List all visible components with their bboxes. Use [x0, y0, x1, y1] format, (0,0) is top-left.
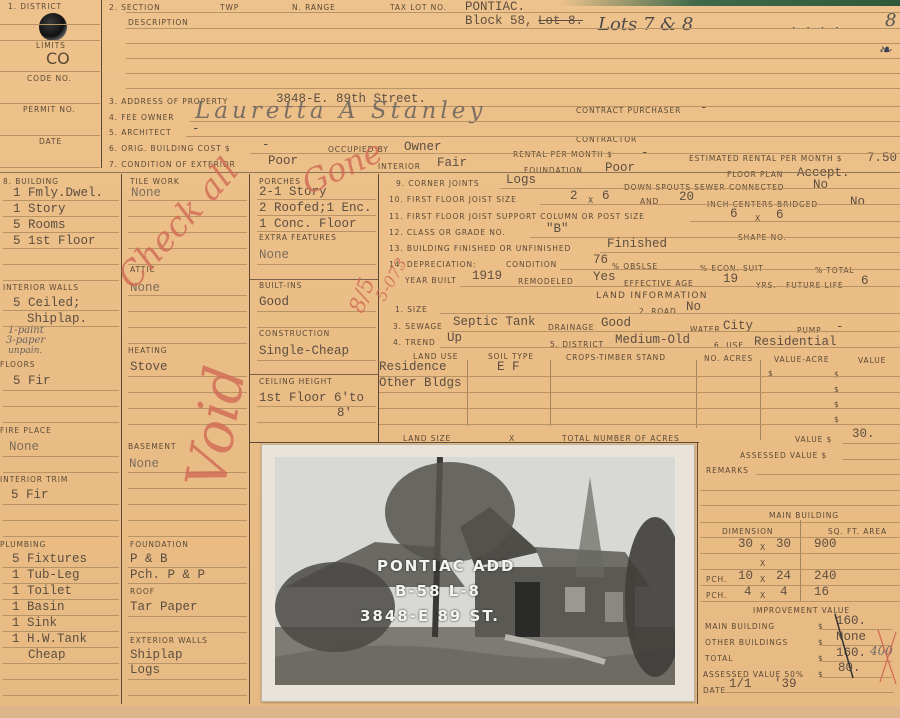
col-no-acres: NO. ACRES	[704, 354, 753, 363]
rule	[3, 536, 119, 537]
main-building-label: MAIN BUILDING	[705, 622, 775, 631]
date-label: DATE	[703, 686, 726, 695]
floors-value: 5 Fir	[13, 374, 51, 388]
rule	[0, 103, 100, 104]
section-label: 2. SECTION	[109, 3, 161, 12]
plumbing-line: Cheap	[28, 648, 66, 662]
red-annotation-gone: Gone	[296, 132, 389, 202]
rule	[3, 567, 119, 568]
interior-walls-note: unpain.	[8, 346, 42, 356]
rule	[379, 392, 900, 393]
rule	[3, 326, 119, 327]
fireplace-label: FIRE PLACE	[0, 426, 52, 435]
plumbing-line: 1 Sink	[12, 616, 57, 630]
dim-b: 24	[776, 569, 791, 583]
rule	[186, 136, 900, 137]
rule	[190, 121, 900, 122]
rule	[257, 360, 376, 361]
rule	[450, 331, 900, 332]
built-ins-label: BUILT-INS	[259, 281, 302, 290]
rule	[3, 200, 119, 201]
plumbing-line: 5 Fixtures	[12, 552, 87, 566]
pch-label: PCH.	[706, 575, 727, 584]
divider	[550, 360, 551, 426]
rule	[700, 505, 900, 506]
date-label: DATE	[39, 137, 62, 146]
road-label: 2. ROAD	[639, 307, 677, 316]
basement-label: BASEMENT	[128, 442, 176, 451]
rule	[128, 663, 247, 664]
corner-joints-value: Logs	[506, 173, 536, 187]
contractor-value: -	[648, 130, 656, 144]
rule	[379, 376, 900, 377]
rule	[700, 537, 900, 538]
use-label: 6. USE	[714, 341, 744, 350]
rule	[756, 474, 900, 475]
property-photo: PONTIAC ADD B-58 L-8 3848-E 89 ST.	[261, 444, 695, 702]
built-ins-value: Good	[259, 295, 289, 309]
rule	[257, 327, 376, 328]
rule	[379, 408, 900, 409]
rule	[128, 504, 247, 505]
rule	[0, 167, 100, 168]
est-rental-label: ESTIMATED RENTAL PER MONTH $	[689, 154, 842, 163]
foundation-line: P & B	[130, 552, 168, 566]
rule	[257, 406, 376, 407]
land-size-label: LAND SIZE	[403, 434, 451, 443]
rule	[3, 647, 119, 648]
rule	[257, 264, 376, 265]
dollar-sign: $	[834, 370, 840, 379]
porches-line: 2 Roofed;1 Enc.	[259, 201, 372, 215]
x-label: x	[760, 543, 766, 552]
rule	[460, 286, 900, 287]
photo-caption-line2: B-58 L-8	[395, 582, 481, 600]
condition-exterior-value: Poor	[268, 154, 298, 168]
district-value: Medium-Old	[615, 333, 690, 347]
dim-a: 30	[738, 537, 753, 551]
ceiling-height-line: 8'	[337, 406, 352, 420]
rule	[257, 215, 376, 216]
plumbing-label: PLUMBING	[0, 540, 46, 549]
x-label: x	[760, 559, 766, 568]
class-value: "B"	[546, 222, 569, 236]
rule	[540, 204, 900, 205]
rule	[379, 424, 900, 425]
twp-label: TWP	[220, 3, 239, 12]
corner-joints-label: 9. CORNER JOINTS	[396, 179, 480, 188]
plumbing-line: 1 H.W.Tank	[12, 632, 87, 646]
plumbing-line: 1 Basin	[12, 600, 65, 614]
exterior-walls-label: EXTERIOR WALLS	[130, 636, 208, 645]
rule	[250, 374, 378, 375]
lots-handwritten: Lots 7 & 8	[598, 14, 693, 35]
land-use-cell: Other Bldgs	[379, 376, 462, 390]
rule	[128, 583, 247, 584]
land-use-cell: Residence	[379, 360, 447, 374]
joist-size-b: 6	[602, 189, 610, 203]
rule	[500, 188, 900, 189]
rule	[3, 456, 119, 457]
rule	[126, 58, 900, 59]
condition-label: CONDITION	[506, 260, 557, 269]
divider	[101, 0, 102, 168]
exterior-walls-line: Logs	[130, 663, 160, 677]
n-range-label: N. RANGE	[292, 3, 336, 12]
centers-value: 20	[679, 190, 694, 204]
rule	[3, 310, 119, 311]
fireplace-value: None	[9, 440, 39, 454]
rule	[126, 88, 900, 89]
main-building-title: MAIN BUILDING	[769, 511, 839, 520]
divider	[760, 360, 761, 440]
building-line: 5 1st Floor	[13, 234, 96, 248]
architect-value: -	[192, 122, 200, 136]
interior-walls-line: 5 Ceiled;	[13, 296, 81, 310]
appraisal-card: 1. DISTRICT LIMITS CO CODE NO. PERMIT NO…	[0, 0, 900, 718]
col-value: VALUE	[858, 356, 886, 365]
fee-owner-label: 4. FEE OWNER	[109, 113, 174, 122]
rule	[3, 504, 119, 505]
rule	[3, 615, 119, 616]
limits-value: CO	[46, 49, 70, 68]
joist-size-label: 10. FIRST FLOOR JOIST SIZE	[389, 195, 517, 204]
interior-value: Fair	[437, 156, 467, 170]
total-label: TOTAL	[705, 654, 733, 663]
rule	[3, 520, 119, 521]
building-label: 8. BUILDING	[3, 177, 59, 186]
divider	[800, 520, 801, 602]
rule	[3, 472, 119, 473]
rule	[700, 490, 900, 491]
rule	[128, 616, 247, 617]
dollar-sign: $	[834, 415, 840, 424]
assessed-value-label: ASSESSED VALUE $	[740, 451, 827, 460]
dim-b: 4	[780, 585, 788, 599]
rule	[724, 692, 894, 693]
dim-b: 30	[776, 537, 791, 551]
strike-mark	[833, 612, 857, 682]
occupied-by-value: Owner	[404, 140, 442, 154]
rule	[3, 264, 119, 265]
x-label: x	[760, 591, 766, 600]
remodeled-label: REMODELED	[518, 277, 574, 286]
rule	[700, 553, 900, 554]
sewage-value: Septic Tank	[453, 315, 536, 329]
x-label: x	[509, 434, 515, 443]
struck-lot-value: Lot 8.	[538, 14, 583, 28]
dim-a: 4	[744, 585, 752, 599]
tile-work-label: TILE WORK	[130, 177, 180, 186]
rule	[530, 237, 900, 238]
tax-lot-label: TAX LOT NO.	[390, 3, 447, 12]
rule	[3, 280, 119, 281]
rule	[128, 311, 247, 312]
photo-caption-line3: 3848-E 89 ST.	[360, 607, 500, 625]
roof-label: ROOF	[130, 587, 155, 596]
remarks-label: REMARKS	[706, 466, 749, 475]
building-line: 1 Story	[13, 202, 66, 216]
rule	[3, 422, 119, 423]
interior-walls-line: Shiplap.	[27, 312, 87, 326]
divider	[696, 360, 697, 428]
water-label: WATER	[690, 325, 721, 334]
area-value: 16	[814, 585, 829, 599]
orig-cost-label: 6. ORIG. BUILDING COST $	[109, 144, 231, 153]
rule	[126, 73, 900, 74]
rule	[128, 327, 247, 328]
divider	[697, 442, 698, 704]
effective-age-value: 19	[723, 272, 738, 286]
red-x-mark	[876, 628, 900, 688]
rule	[700, 601, 900, 602]
tile-work-value: None	[131, 186, 161, 200]
red-annotation-void: Void	[174, 361, 259, 493]
year-built-label: YEAR BUILT	[405, 276, 457, 285]
area-value: 900	[814, 537, 837, 551]
contract-purchaser-label: CONTRACT PURCHASER	[576, 106, 681, 115]
heating-value: Stove	[130, 360, 168, 374]
photo-image: PONTIAC ADD B-58 L-8 3848-E 89 ST.	[275, 457, 675, 685]
rule	[700, 569, 900, 570]
support-b: 6	[776, 208, 784, 222]
rule	[257, 231, 376, 232]
construction-value: Single-Cheap	[259, 344, 349, 358]
rental-label: RENTAL PER MONTH $	[513, 150, 613, 159]
rule	[0, 71, 100, 72]
class-label: 12. CLASS OR GRADE NO.	[389, 228, 506, 237]
extra-features-value: None	[259, 248, 289, 262]
building-line: 5 Rooms	[13, 218, 66, 232]
description-label: DESCRIPTION	[128, 18, 189, 27]
ceiling-height-label: CEILING HEIGHT	[259, 377, 333, 386]
divider	[249, 174, 250, 704]
down-spouts-value: No	[813, 178, 828, 192]
finished-value: Finished	[607, 237, 667, 251]
photo-caption-line1: PONTIAC ADD	[377, 557, 515, 575]
code-no-label: CODE NO.	[27, 74, 72, 83]
sq-ft-label: SQ. FT. AREA	[828, 527, 887, 536]
rule	[3, 695, 119, 696]
rule	[842, 459, 900, 460]
extra-features-label: EXTRA FEATURES	[259, 233, 337, 242]
total-label: % TOTAL	[815, 266, 855, 275]
roof-value: Tar Paper	[130, 600, 198, 614]
land-value-label: VALUE $	[795, 435, 832, 444]
divider	[467, 360, 468, 426]
dimension-label: DIMENSION	[722, 527, 773, 536]
block-value: Block 58,	[465, 14, 533, 28]
rule	[3, 663, 119, 664]
rule	[3, 583, 119, 584]
rule	[0, 24, 100, 25]
rule	[257, 422, 376, 423]
plumbing-line: 1 Toilet	[12, 584, 72, 598]
rule	[440, 347, 900, 348]
orig-cost-value: -	[262, 138, 270, 152]
year-built-value: 1919	[472, 269, 502, 283]
architect-label: 5. ARCHITECT	[109, 128, 172, 137]
sewage-label: 3. SEWAGE	[393, 322, 443, 331]
porches-line: 1 Conc. Floor	[259, 217, 357, 231]
col-crops: CROPS-TIMBER STAND	[566, 353, 666, 362]
pch-label: PCH.	[706, 591, 727, 600]
rule	[3, 599, 119, 600]
dim-a: 10	[738, 569, 753, 583]
rule	[126, 43, 900, 44]
dots-mark: . . . .	[790, 18, 841, 32]
col-value-acre: VALUE-ACRE	[774, 355, 830, 364]
total-acres-label: TOTAL NUMBER OF ACRES	[562, 434, 680, 443]
drainage-value: Good	[601, 316, 631, 330]
interior-trim-value: 5 Fir	[11, 488, 49, 502]
rule	[600, 252, 900, 253]
rule	[128, 343, 247, 344]
joist-support-label: 11. FIRST FLOOR JOIST SUPPORT COLUMN OR …	[389, 212, 645, 221]
divider	[121, 174, 122, 704]
card-bottom-edge	[0, 706, 900, 718]
condition-value: 76	[593, 253, 608, 267]
rule	[700, 585, 900, 586]
rule	[128, 695, 247, 696]
land-value: 30.	[852, 427, 875, 441]
interior-trim-label: INTERIOR TRIM	[0, 475, 68, 484]
rule	[3, 406, 119, 407]
punch-hole	[39, 13, 67, 41]
card-edge-strip	[560, 0, 900, 6]
district-label: 1. DISTRICT	[8, 2, 62, 11]
contract-purchaser-value: -	[700, 101, 708, 115]
rule	[126, 28, 900, 29]
rule	[0, 172, 900, 173]
interior-walls-label: INTERIOR WALLS	[3, 283, 79, 292]
exterior-walls-line: Shiplap	[130, 648, 183, 662]
permit-no-label: PERMIT NO.	[23, 105, 76, 114]
rule	[3, 631, 119, 632]
building-line: 1 Fmly.Dwel.	[13, 186, 103, 200]
rule	[128, 632, 247, 633]
rule	[0, 135, 100, 136]
rule	[128, 679, 247, 680]
rule	[3, 216, 119, 217]
floors-label: FLOORS	[0, 360, 35, 369]
trend-label: 4. TREND	[393, 338, 436, 347]
remodeled-value: Yes	[593, 270, 616, 284]
support-a: 6	[730, 207, 738, 221]
rule	[3, 248, 119, 249]
foundation-line: Pch. P & P	[130, 568, 205, 582]
x-label: x	[760, 575, 766, 584]
joist-size-a: 2	[570, 189, 578, 203]
plumbing-line: 1 Tub-Leg	[12, 568, 80, 582]
rule	[690, 221, 900, 222]
rule	[3, 232, 119, 233]
ceiling-height-line: 1st Floor 6'to	[259, 391, 364, 405]
rule	[440, 313, 900, 314]
soil-type-cell: E F	[497, 360, 520, 374]
trend-value: Up	[447, 331, 462, 345]
divider	[378, 174, 379, 442]
rule	[126, 12, 900, 13]
rule	[842, 443, 900, 444]
size-label: 1. SIZE	[395, 305, 428, 314]
finished-label: 13. BUILDING FINISHED OR UNFINISHED	[389, 244, 571, 253]
rule	[128, 520, 247, 521]
foundation-col-label: FOUNDATION	[130, 540, 189, 549]
area-value: 240	[814, 569, 837, 583]
construction-label: CONSTRUCTION	[259, 329, 330, 338]
interior-walls-note: 3-paper	[6, 336, 45, 346]
heating-label: HEATING	[128, 346, 167, 355]
rule	[3, 390, 119, 391]
road-value: No	[686, 300, 701, 314]
rule	[128, 295, 247, 296]
rule	[128, 536, 247, 537]
rule	[128, 567, 247, 568]
other-buildings-label: OTHER BUILDINGS	[705, 638, 788, 647]
bridged-value: No	[850, 195, 865, 209]
date-value: 1/1 '39	[729, 677, 797, 691]
rule	[3, 679, 119, 680]
basement-value: None	[129, 457, 159, 471]
